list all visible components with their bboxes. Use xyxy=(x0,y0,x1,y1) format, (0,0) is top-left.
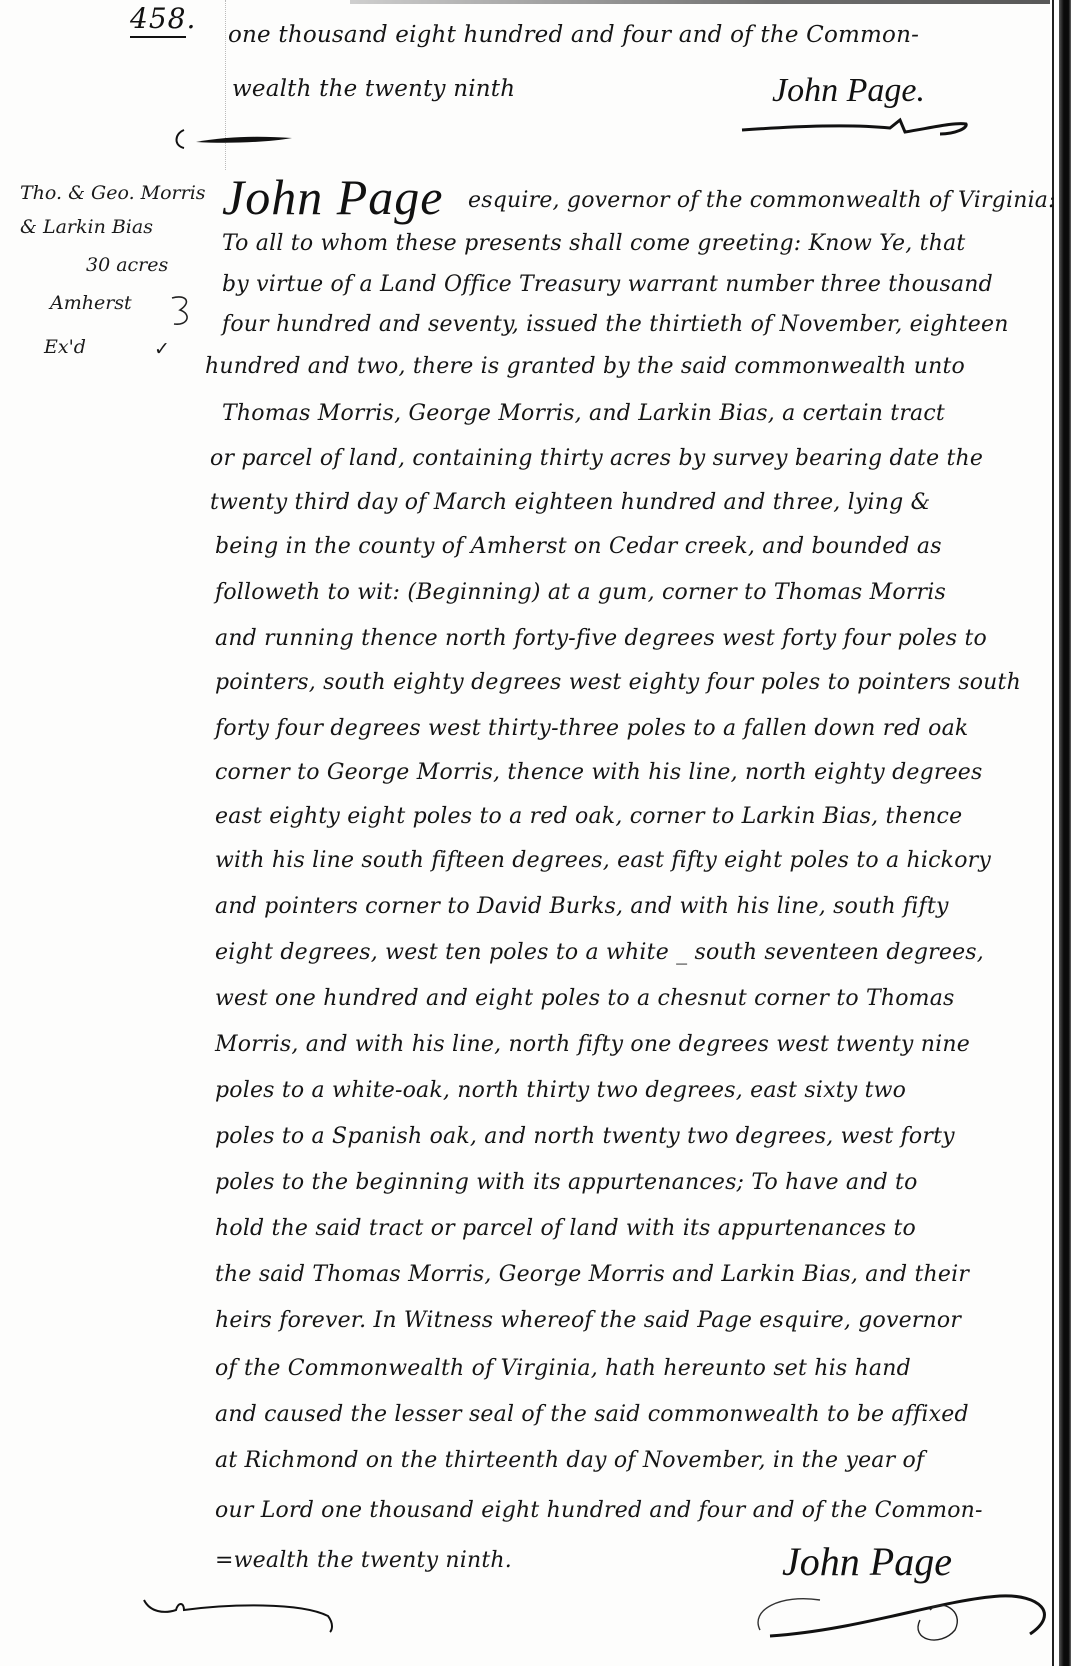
grant-line: the said Thomas Morris, George Morris an… xyxy=(215,1264,969,1286)
margin-note-line-1: Tho. & Geo. Morris xyxy=(20,182,206,204)
grant-signature: John Page xyxy=(782,1538,952,1585)
grant-line: east eighty eight poles to a red oak, co… xyxy=(215,806,962,828)
grant-line: corner to George Morris, thence with his… xyxy=(215,762,983,784)
grant-line: Morris, and with his line, north fifty o… xyxy=(215,1034,970,1056)
checkmark-icon: ✓ xyxy=(154,338,170,360)
closing-mark xyxy=(140,1594,340,1634)
grant-line: and caused the lesser seal of the said c… xyxy=(215,1404,969,1426)
grant-line: or parcel of land, containing thirty acr… xyxy=(210,448,983,470)
grant-line: hold the said tract or parcel of land wi… xyxy=(215,1218,916,1240)
margin-note-acres: 30 acres xyxy=(86,254,168,276)
previous-grant-signature: John Page. xyxy=(772,72,925,110)
margin-note-county: Amherst xyxy=(50,292,132,314)
grant-line: followeth to wit: (Beginning) at a gum, … xyxy=(215,582,946,604)
grant-line: our Lord one thousand eight hundred and … xyxy=(215,1500,983,1522)
grant-line: poles to a Spanish oak, and north twenty… xyxy=(215,1126,955,1148)
grant-line: Thomas Morris, George Morris, and Larkin… xyxy=(222,403,945,425)
grant-line: =wealth the twenty ninth. xyxy=(215,1550,512,1572)
grant-line: twenty third day of March eighteen hundr… xyxy=(210,492,930,514)
grant-line: at Richmond on the thirteenth day of Nov… xyxy=(215,1450,924,1472)
grant-line: being in the county of Amherst on Cedar … xyxy=(215,536,942,558)
margin-note-line-2: & Larkin Bias xyxy=(20,216,153,238)
grant-line: hundred and two, there is granted by the… xyxy=(205,356,965,378)
section-separator-mark xyxy=(170,126,300,156)
binding-border xyxy=(1050,0,1080,1666)
previous-grant-line-2: wealth the twenty ninth xyxy=(232,78,515,101)
grant-line: pointers, south eighty degrees west eigh… xyxy=(215,672,1021,694)
grant-line: with his line south fifteen degrees, eas… xyxy=(215,850,991,872)
grant-line: four hundred and seventy, issued the thi… xyxy=(222,314,1009,336)
grant-line: heirs forever. In Witness whereof the sa… xyxy=(215,1310,961,1332)
signature-flourish-bottom xyxy=(740,1590,1070,1660)
page-top-edge xyxy=(350,0,1050,4)
grant-line: of the Commonwealth of Virginia, hath he… xyxy=(215,1358,911,1380)
grant-line: esquire, governor of the commonwealth of… xyxy=(468,190,1056,212)
grant-line: and pointers corner to David Burks, and … xyxy=(215,896,949,918)
margin-brace xyxy=(168,292,208,332)
grant-line: To all to whom these presents shall come… xyxy=(222,233,965,255)
grant-line: poles to the beginning with its appurten… xyxy=(215,1172,918,1194)
grant-line: by virtue of a Land Office Treasury warr… xyxy=(222,274,993,296)
border-line-thick xyxy=(1059,0,1071,1666)
grant-line: west one hundred and eight poles to a ch… xyxy=(215,988,955,1010)
grant-line: and running thence north forty-five degr… xyxy=(215,628,987,650)
signature-flourish-top xyxy=(740,108,970,138)
border-line-thin xyxy=(1052,0,1054,1666)
page-number-value: 458 xyxy=(130,2,186,38)
grant-line: poles to a white-oak, north thirty two d… xyxy=(215,1080,906,1102)
grant-line: eight degrees, west ten poles to a white… xyxy=(215,942,984,964)
page-number: 458. xyxy=(130,2,196,35)
previous-grant-line-1: one thousand eight hundred and four and … xyxy=(228,24,919,47)
grant-line: forty four degrees west thirty-three pol… xyxy=(215,718,968,740)
document-page: 458. one thousand eight hundred and four… xyxy=(0,0,1080,1666)
margin-note-examined: Ex'd xyxy=(44,336,86,358)
grant-heading-name: John Page xyxy=(222,168,443,226)
